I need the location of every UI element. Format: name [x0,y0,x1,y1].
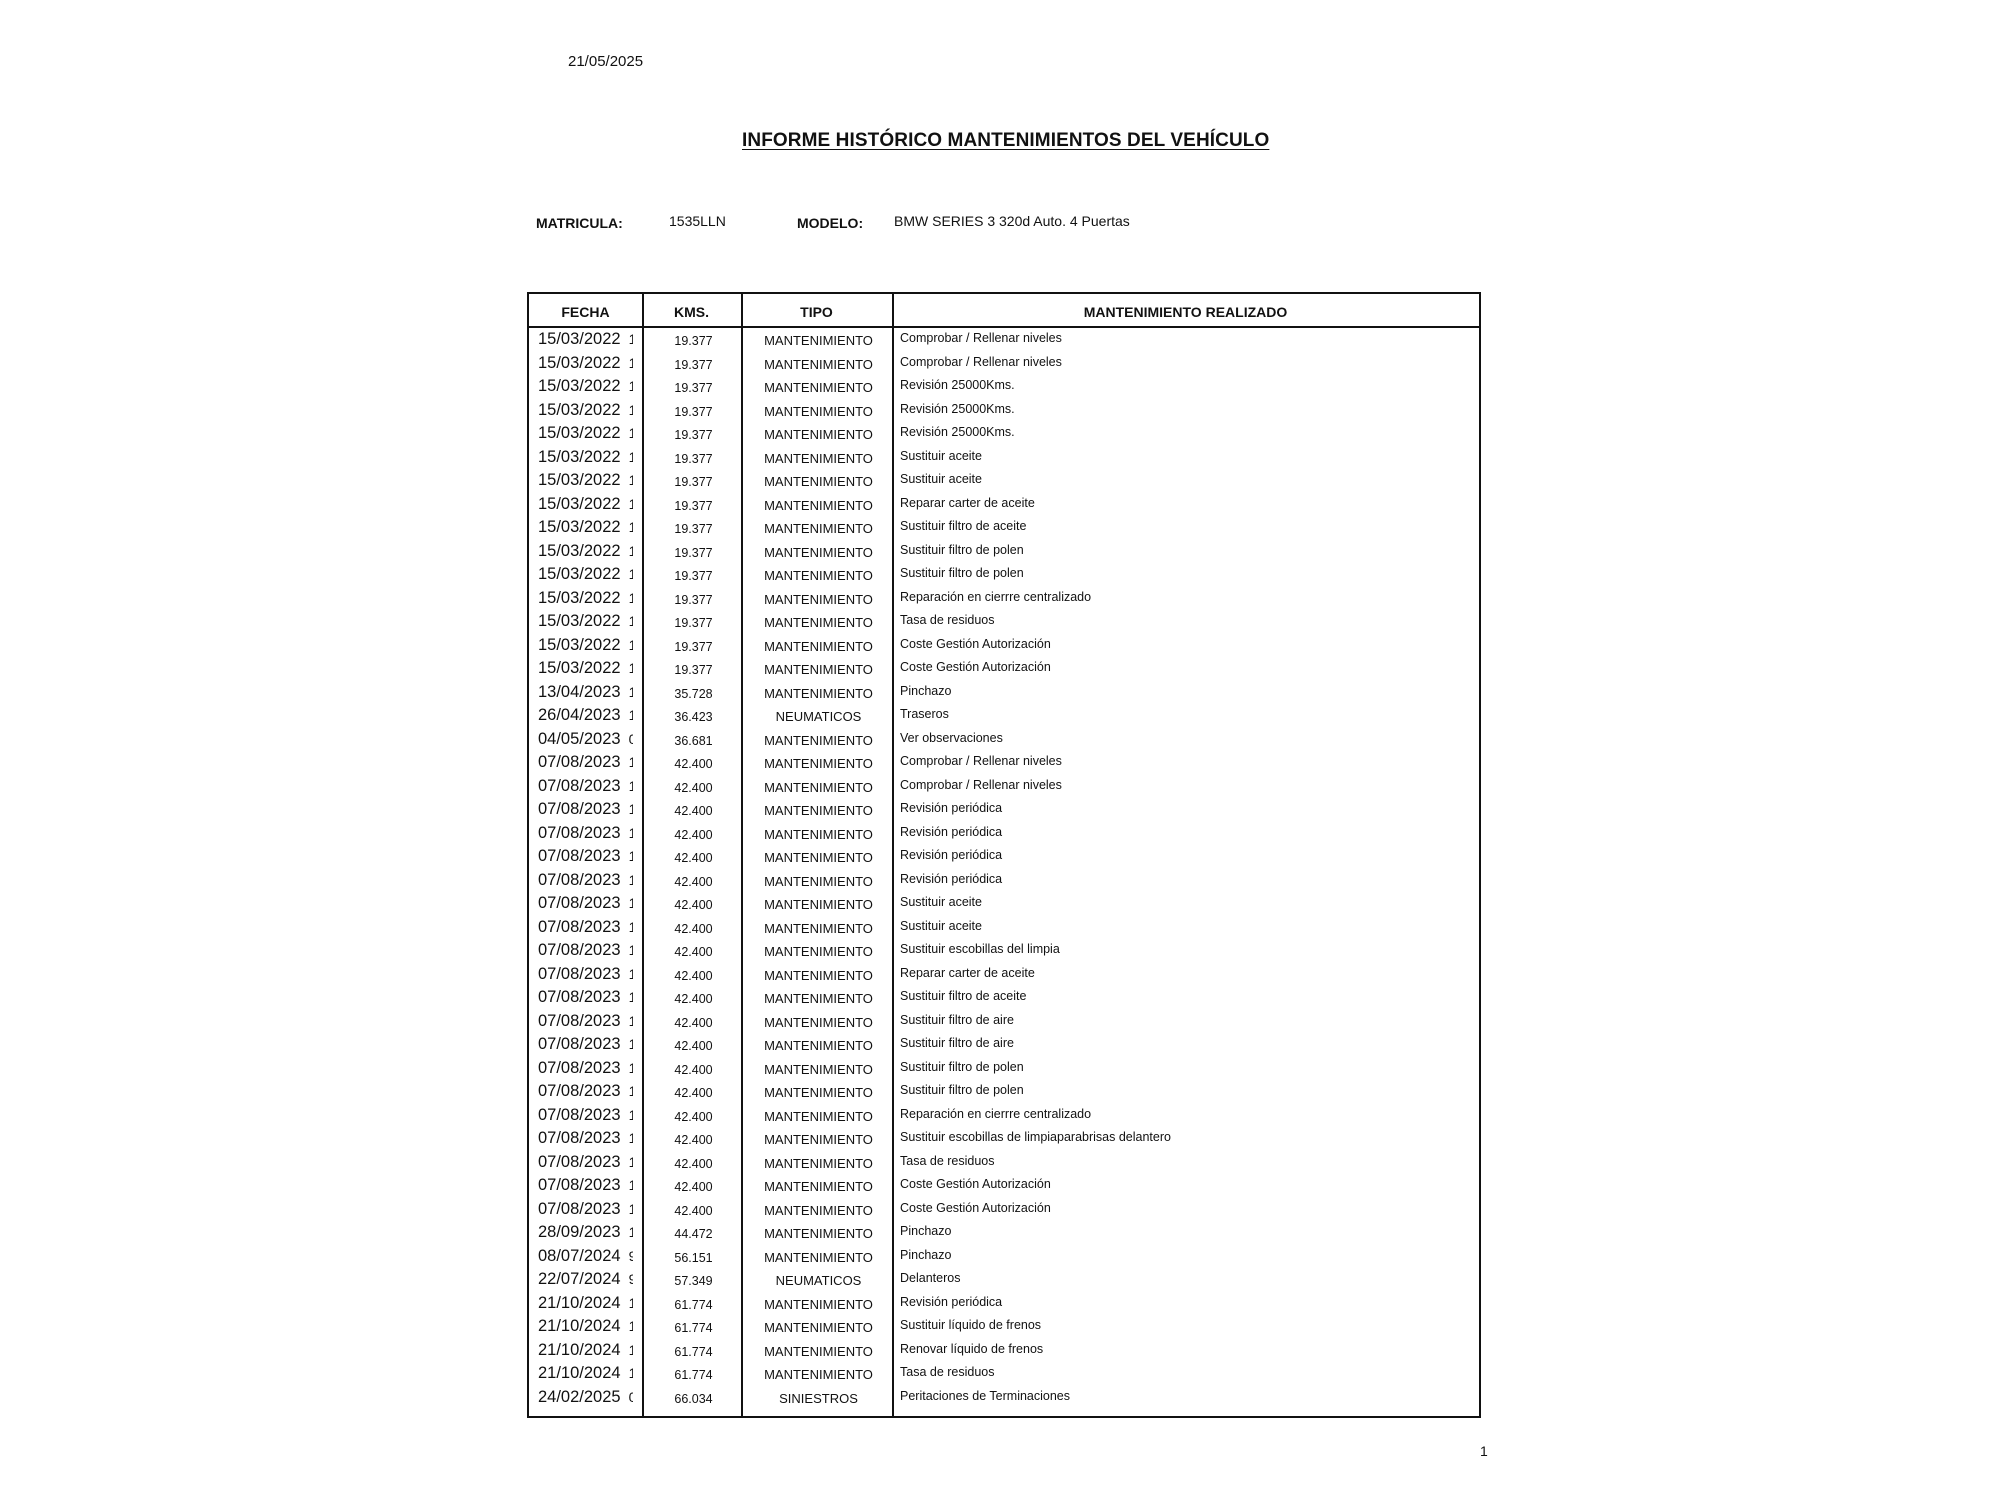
fecha-text: 15/03/2022 [538,542,621,560]
truncated-time-fragment: 1 [629,681,633,705]
cell-fecha: 07/08/20231 [538,963,642,987]
cell-tipo: MANTENIMIENTO [743,610,894,636]
fecha-text: 15/03/2022 [538,471,621,489]
cell-tipo: MANTENIMIENTO [743,892,894,918]
column-header-mantenimiento: MANTENIMIENTO REALIZADO [892,294,1479,326]
cell-mantenimiento: Sustituir filtro de aceite [900,986,1026,1006]
fecha-text: 07/08/2023 [538,965,621,983]
cell-kms: 19.377 [644,516,743,542]
truncated-time-fragment: 1 [629,1174,633,1198]
truncated-time-fragment: 1 [629,1292,633,1316]
cell-tipo: MANTENIMIENTO [743,657,894,683]
cell-tipo: MANTENIMIENTO [743,751,894,777]
truncated-time-fragment: 1 [629,892,633,916]
cell-mantenimiento: Revisión periódica [900,822,1002,842]
cell-tipo: MANTENIMIENTO [743,728,894,754]
fecha-text: 22/07/2024 [538,1270,621,1288]
cell-tipo: MANTENIMIENTO [743,1221,894,1247]
cell-kms: 19.377 [644,540,743,566]
column-header-kms: KMS. [642,294,741,326]
cell-mantenimiento: Sustituir aceite [900,916,982,936]
cell-fecha: 07/08/20231 [538,1057,642,1081]
table-row: 07/08/2023142.400MANTENIMIENTOSustituir … [529,1033,1479,1057]
cell-fecha: 15/03/20221 [538,610,642,634]
cell-mantenimiento: Sustituir líquido de frenos [900,1315,1041,1335]
table-row: 07/08/2023142.400MANTENIMIENTOSustituir … [529,1127,1479,1151]
cell-tipo: MANTENIMIENTO [743,1339,894,1365]
cell-fecha: 07/08/20231 [538,1033,642,1057]
table-row: 07/08/2023142.400MANTENIMIENTOSustituir … [529,1057,1479,1081]
table-row: 21/10/2024161.774MANTENIMIENTOTasa de re… [529,1362,1479,1386]
truncated-time-fragment: 1 [629,587,633,611]
cell-mantenimiento: Traseros [900,704,949,724]
table-row: 07/08/2023142.400MANTENIMIENTOReparar ca… [529,963,1479,987]
cell-kms: 42.400 [644,1057,743,1083]
cell-tipo: MANTENIMIENTO [743,1033,894,1059]
cell-mantenimiento: Reparar carter de aceite [900,493,1035,513]
truncated-time-fragment: 1 [629,1033,633,1057]
cell-fecha: 07/08/20231 [538,1151,642,1175]
cell-kms: 42.400 [644,916,743,942]
cell-tipo: MANTENIMIENTO [743,1198,894,1224]
cell-kms: 19.377 [644,422,743,448]
fecha-text: 28/09/2023 [538,1223,621,1241]
cell-fecha: 24/02/20250 [538,1386,642,1410]
cell-tipo: MANTENIMIENTO [743,1174,894,1200]
cell-fecha: 28/09/20231 [538,1221,642,1245]
cell-fecha: 21/10/20241 [538,1315,642,1339]
fecha-text: 07/08/2023 [538,1012,621,1030]
cell-mantenimiento: Comprobar / Rellenar niveles [900,751,1062,771]
cell-tipo: MANTENIMIENTO [743,563,894,589]
cell-fecha: 15/03/20221 [538,399,642,423]
truncated-time-fragment: 9 [629,1268,633,1292]
print-date: 21/05/2025 [568,53,643,70]
cell-mantenimiento: Revisión periódica [900,1292,1002,1312]
cell-fecha: 07/08/20231 [538,986,642,1010]
fecha-text: 07/08/2023 [538,777,621,795]
truncated-time-fragment: 1 [629,1221,633,1245]
table-row: 15/03/2022119.377MANTENIMIENTORevisión 2… [529,422,1479,446]
cell-kms: 42.400 [644,963,743,989]
truncated-time-fragment: 1 [629,375,633,399]
cell-fecha: 07/08/20231 [538,1127,642,1151]
truncated-time-fragment: 1 [629,1198,633,1222]
table-row: 15/03/2022119.377MANTENIMIENTOSustituir … [529,516,1479,540]
maintenance-table: FECHA KMS. TIPO MANTENIMIENTO REALIZADO … [527,292,1481,1418]
cell-mantenimiento: Revisión 25000Kms. [900,399,1015,419]
cell-mantenimiento: Sustituir filtro de aire [900,1010,1014,1030]
cell-tipo: MANTENIMIENTO [743,845,894,871]
cell-fecha: 07/08/20231 [538,1198,642,1222]
table-row: 07/08/2023142.400MANTENIMIENTOSustituir … [529,939,1479,963]
table-row: 15/03/2022119.377MANTENIMIENTOSustituir … [529,446,1479,470]
truncated-time-fragment: 1 [629,328,633,352]
truncated-time-fragment: 1 [629,963,633,987]
truncated-time-fragment: 1 [629,869,633,893]
cell-tipo: MANTENIMIENTO [743,375,894,401]
truncated-time-fragment: 0 [629,728,633,752]
fecha-text: 24/02/2025 [538,1388,621,1406]
truncated-time-fragment: 1 [629,422,633,446]
cell-fecha: 08/07/20249 [538,1245,642,1269]
table-row: 08/07/2024956.151MANTENIMIENTOPinchazo [529,1245,1479,1269]
cell-mantenimiento: Pinchazo [900,1245,951,1265]
table-row: 15/03/2022119.377MANTENIMIENTOComprobar … [529,352,1479,376]
cell-fecha: 13/04/20231 [538,681,642,705]
cell-kms: 19.377 [644,446,743,472]
cell-mantenimiento: Sustituir filtro de polen [900,1057,1024,1077]
cell-kms: 61.774 [644,1362,743,1388]
fecha-text: 07/08/2023 [538,753,621,771]
cell-mantenimiento: Revisión periódica [900,845,1002,865]
cell-kms: 42.400 [644,1033,743,1059]
cell-kms: 42.400 [644,822,743,848]
cell-kms: 42.400 [644,1174,743,1200]
page-number: 1 [1480,1443,1488,1459]
table-row: 15/03/2022119.377MANTENIMIENTORevisión 2… [529,399,1479,423]
cell-kms: 19.377 [644,399,743,425]
fecha-text: 07/08/2023 [538,1059,621,1077]
cell-kms: 61.774 [644,1292,743,1318]
cell-fecha: 07/08/20231 [538,869,642,893]
truncated-time-fragment: 1 [629,845,633,869]
cell-tipo: MANTENIMIENTO [743,916,894,942]
truncated-time-fragment: 1 [629,775,633,799]
model-label: MODELO: [797,215,863,231]
fecha-text: 15/03/2022 [538,589,621,607]
table-row: 21/10/2024161.774MANTENIMIENTORevisión p… [529,1292,1479,1316]
truncated-time-fragment: 1 [629,1315,633,1339]
table-row: 07/08/2023142.400MANTENIMIENTOSustituir … [529,1080,1479,1104]
table-row: 07/08/2023142.400MANTENIMIENTOSustituir … [529,986,1479,1010]
fecha-text: 07/08/2023 [538,1106,621,1124]
cell-kms: 42.400 [644,1198,743,1224]
fecha-text: 26/04/2023 [538,706,621,724]
fecha-text: 21/10/2024 [538,1317,621,1335]
fecha-text: 15/03/2022 [538,330,621,348]
fecha-text: 07/08/2023 [538,894,621,912]
cell-fecha: 22/07/20249 [538,1268,642,1292]
cell-tipo: MANTENIMIENTO [743,446,894,472]
cell-fecha: 04/05/20230 [538,728,642,752]
table-row: 07/08/2023142.400MANTENIMIENTORevisión p… [529,798,1479,822]
fecha-text: 15/03/2022 [538,636,621,654]
truncated-time-fragment: 1 [629,516,633,540]
cell-tipo: MANTENIMIENTO [743,1151,894,1177]
cell-kms: 42.400 [644,1010,743,1036]
table-row: 28/09/2023144.472MANTENIMIENTOPinchazo [529,1221,1479,1245]
fecha-text: 15/03/2022 [538,448,621,466]
truncated-time-fragment: 9 [629,1245,633,1269]
cell-fecha: 07/08/20231 [538,775,642,799]
truncated-time-fragment: 1 [629,1339,633,1363]
table-row: 07/08/2023142.400MANTENIMIENTOComprobar … [529,751,1479,775]
fecha-text: 15/03/2022 [538,354,621,372]
cell-mantenimiento: Reparar carter de aceite [900,963,1035,983]
cell-kms: 66.034 [644,1386,743,1412]
truncated-time-fragment: 1 [629,493,633,517]
cell-mantenimiento: Sustituir aceite [900,469,982,489]
table-row: 15/03/2022119.377MANTENIMIENTOCoste Gest… [529,657,1479,681]
cell-tipo: NEUMATICOS [743,1268,894,1294]
table-row: 07/08/2023142.400MANTENIMIENTOSustituir … [529,892,1479,916]
cell-tipo: MANTENIMIENTO [743,869,894,895]
fecha-text: 15/03/2022 [538,518,621,536]
cell-tipo: MANTENIMIENTO [743,1245,894,1271]
table-row: 15/03/2022119.377MANTENIMIENTOReparación… [529,587,1479,611]
cell-kms: 19.377 [644,375,743,401]
cell-mantenimiento: Sustituir filtro de polen [900,1080,1024,1100]
fecha-text: 21/10/2024 [538,1294,621,1312]
fecha-text: 07/08/2023 [538,918,621,936]
cell-tipo: MANTENIMIENTO [743,1292,894,1318]
cell-fecha: 26/04/20231 [538,704,642,728]
cell-mantenimiento: Sustituir filtro de aceite [900,516,1026,536]
cell-tipo: MANTENIMIENTO [743,422,894,448]
fecha-text: 07/08/2023 [538,1129,621,1147]
table-row: 07/08/2023142.400MANTENIMIENTORevisión p… [529,845,1479,869]
table-row: 21/10/2024161.774MANTENIMIENTOSustituir … [529,1315,1479,1339]
table-row: 15/03/2022119.377MANTENIMIENTOSustituir … [529,540,1479,564]
cell-kms: 42.400 [644,798,743,824]
cell-fecha: 07/08/20231 [538,798,642,822]
cell-tipo: MANTENIMIENTO [743,775,894,801]
cell-tipo: MANTENIMIENTO [743,1362,894,1388]
fecha-text: 07/08/2023 [538,941,621,959]
fecha-text: 07/08/2023 [538,847,621,865]
cell-fecha: 07/08/20231 [538,1174,642,1198]
column-header-fecha: FECHA [529,294,642,326]
cell-tipo: MANTENIMIENTO [743,963,894,989]
cell-tipo: MANTENIMIENTO [743,986,894,1012]
cell-tipo: MANTENIMIENTO [743,1127,894,1153]
cell-mantenimiento: Reparación en cierrre centralizado [900,587,1091,607]
cell-mantenimiento: Coste Gestión Autorización [900,634,1051,654]
cell-fecha: 15/03/20221 [538,422,642,446]
cell-mantenimiento: Delanteros [900,1268,960,1288]
fecha-text: 07/08/2023 [538,1153,621,1171]
truncated-time-fragment: 1 [629,986,633,1010]
cell-kms: 61.774 [644,1315,743,1341]
cell-fecha: 15/03/20221 [538,352,642,376]
table-row: 15/03/2022119.377MANTENIMIENTOCoste Gest… [529,634,1479,658]
fecha-text: 07/08/2023 [538,871,621,889]
cell-mantenimiento: Renovar líquido de frenos [900,1339,1043,1359]
cell-fecha: 07/08/20231 [538,751,642,775]
table-row: 07/08/2023142.400MANTENIMIENTOComprobar … [529,775,1479,799]
cell-fecha: 15/03/20221 [538,516,642,540]
fecha-text: 07/08/2023 [538,800,621,818]
cell-mantenimiento: Sustituir aceite [900,892,982,912]
truncated-time-fragment: 1 [629,939,633,963]
truncated-time-fragment: 1 [629,1010,633,1034]
cell-tipo: MANTENIMIENTO [743,587,894,613]
cell-kms: 19.377 [644,493,743,519]
cell-fecha: 15/03/20221 [538,563,642,587]
cell-mantenimiento: Peritaciones de Terminaciones [900,1386,1070,1406]
cell-fecha: 15/03/20221 [538,375,642,399]
cell-tipo: MANTENIMIENTO [743,516,894,542]
truncated-time-fragment: 1 [629,1362,633,1386]
truncated-time-fragment: 1 [629,1057,633,1081]
truncated-time-fragment: 1 [629,822,633,846]
cell-fecha: 07/08/20231 [538,916,642,940]
truncated-time-fragment: 1 [629,610,633,634]
plate-value: 1535LLN [669,213,726,229]
fecha-text: 15/03/2022 [538,565,621,583]
truncated-time-fragment: 1 [629,540,633,564]
cell-mantenimiento: Ver observaciones [900,728,1003,748]
cell-tipo: MANTENIMIENTO [743,1080,894,1106]
cell-fecha: 07/08/20231 [538,1080,642,1104]
cell-tipo: MANTENIMIENTO [743,352,894,378]
cell-mantenimiento: Revisión 25000Kms. [900,422,1015,442]
cell-fecha: 15/03/20221 [538,328,642,352]
cell-mantenimiento: Coste Gestión Autorización [900,1198,1051,1218]
cell-mantenimiento: Reparación en cierrre centralizado [900,1104,1091,1124]
cell-fecha: 07/08/20231 [538,822,642,846]
fecha-text: 07/08/2023 [538,1200,621,1218]
fecha-text: 21/10/2024 [538,1364,621,1382]
cell-kms: 42.400 [644,1104,743,1130]
truncated-time-fragment: 1 [629,751,633,775]
cell-tipo: MANTENIMIENTO [743,681,894,707]
fecha-text: 04/05/2023 [538,730,621,748]
cell-mantenimiento: Sustituir escobillas del limpia [900,939,1060,959]
cell-mantenimiento: Pinchazo [900,1221,951,1241]
cell-mantenimiento: Sustituir filtro de aire [900,1033,1014,1053]
fecha-text: 15/03/2022 [538,495,621,513]
cell-kms: 56.151 [644,1245,743,1271]
truncated-time-fragment: 1 [629,704,633,728]
table-row: 07/08/2023142.400MANTENIMIENTORevisión p… [529,822,1479,846]
plate-label: MATRICULA: [536,215,623,231]
truncated-time-fragment: 1 [629,446,633,470]
truncated-time-fragment: 1 [629,1080,633,1104]
cell-tipo: NEUMATICOS [743,704,894,730]
truncated-time-fragment: 1 [629,352,633,376]
truncated-time-fragment: 1 [629,563,633,587]
cell-fecha: 21/10/20241 [538,1339,642,1363]
truncated-time-fragment: 1 [629,469,633,493]
cell-kms: 19.377 [644,634,743,660]
cell-fecha: 15/03/20221 [538,634,642,658]
table-row: 26/04/2023136.423NEUMATICOSTraseros [529,704,1479,728]
cell-fecha: 21/10/20241 [538,1362,642,1386]
cell-tipo: MANTENIMIENTO [743,1104,894,1130]
fecha-text: 15/03/2022 [538,401,621,419]
cell-fecha: 07/08/20231 [538,1104,642,1128]
cell-tipo: MANTENIMIENTO [743,469,894,495]
cell-mantenimiento: Comprobar / Rellenar niveles [900,352,1062,372]
cell-kms: 19.377 [644,587,743,613]
fecha-text: 07/08/2023 [538,1035,621,1053]
cell-tipo: MANTENIMIENTO [743,939,894,965]
table-row: 07/08/2023142.400MANTENIMIENTOSustituir … [529,916,1479,940]
fecha-text: 07/08/2023 [538,1082,621,1100]
cell-tipo: MANTENIMIENTO [743,328,894,354]
truncated-time-fragment: 1 [629,798,633,822]
truncated-time-fragment: 1 [629,1104,633,1128]
table-row: 22/07/2024957.349NEUMATICOSDelanteros [529,1268,1479,1292]
table-row: 15/03/2022119.377MANTENIMIENTORevisión 2… [529,375,1479,399]
table-row: 15/03/2022119.377MANTENIMIENTOSustituir … [529,469,1479,493]
fecha-text: 15/03/2022 [538,424,621,442]
cell-tipo: MANTENIMIENTO [743,1010,894,1036]
cell-tipo: MANTENIMIENTO [743,798,894,824]
table-row: 07/08/2023142.400MANTENIMIENTORevisión p… [529,869,1479,893]
cell-mantenimiento: Revisión 25000Kms. [900,375,1015,395]
truncated-time-fragment: 1 [629,634,633,658]
cell-tipo: SINIESTROS [743,1386,894,1412]
cell-tipo: MANTENIMIENTO [743,1057,894,1083]
table-row: 07/08/2023142.400MANTENIMIENTOCoste Gest… [529,1174,1479,1198]
report-title: INFORME HISTÓRICO MANTENIMIENTOS DEL VEH… [742,130,1269,152]
fecha-text: 07/08/2023 [538,988,621,1006]
cell-fecha: 15/03/20221 [538,446,642,470]
cell-kms: 36.423 [644,704,743,730]
cell-mantenimiento: Tasa de residuos [900,1362,995,1382]
cell-fecha: 21/10/20241 [538,1292,642,1316]
cell-fecha: 15/03/20221 [538,493,642,517]
cell-kms: 42.400 [644,892,743,918]
cell-kms: 35.728 [644,681,743,707]
column-header-tipo: TIPO [741,294,892,326]
cell-mantenimiento: Revisión periódica [900,798,1002,818]
model-value: BMW SERIES 3 320d Auto. 4 Puertas [894,213,1130,229]
cell-mantenimiento: Comprobar / Rellenar niveles [900,328,1062,348]
cell-mantenimiento: Tasa de residuos [900,610,995,630]
truncated-time-fragment: 1 [629,657,633,681]
fecha-text: 21/10/2024 [538,1341,621,1359]
cell-mantenimiento: Tasa de residuos [900,1151,995,1171]
truncated-time-fragment: 1 [629,916,633,940]
fecha-text: 15/03/2022 [538,659,621,677]
cell-kms: 42.400 [644,1151,743,1177]
fecha-text: 13/04/2023 [538,683,621,701]
table-row: 07/08/2023142.400MANTENIMIENTOTasa de re… [529,1151,1479,1175]
cell-fecha: 15/03/20221 [538,657,642,681]
cell-kms: 42.400 [644,986,743,1012]
cell-kms: 19.377 [644,657,743,683]
cell-tipo: MANTENIMIENTO [743,540,894,566]
fecha-text: 07/08/2023 [538,824,621,842]
cell-fecha: 15/03/20221 [538,587,642,611]
table-row: 15/03/2022119.377MANTENIMIENTOSustituir … [529,563,1479,587]
cell-kms: 57.349 [644,1268,743,1294]
cell-kms: 42.400 [644,845,743,871]
table-row: 07/08/2023142.400MANTENIMIENTOSustituir … [529,1010,1479,1034]
cell-tipo: MANTENIMIENTO [743,822,894,848]
cell-kms: 42.400 [644,775,743,801]
cell-mantenimiento: Revisión periódica [900,869,1002,889]
cell-fecha: 15/03/20221 [538,469,642,493]
cell-fecha: 15/03/20221 [538,540,642,564]
cell-kms: 42.400 [644,1080,743,1106]
cell-tipo: MANTENIMIENTO [743,399,894,425]
cell-kms: 61.774 [644,1339,743,1365]
table-row: 13/04/2023135.728MANTENIMIENTOPinchazo [529,681,1479,705]
cell-tipo: MANTENIMIENTO [743,493,894,519]
cell-kms: 42.400 [644,1127,743,1153]
cell-kms: 36.681 [644,728,743,754]
cell-kms: 19.377 [644,469,743,495]
truncated-time-fragment: 1 [629,1127,633,1151]
cell-mantenimiento: Sustituir escobillas de limpiaparabrisas… [900,1127,1171,1147]
fecha-text: 15/03/2022 [538,612,621,630]
cell-mantenimiento: Sustituir aceite [900,446,982,466]
